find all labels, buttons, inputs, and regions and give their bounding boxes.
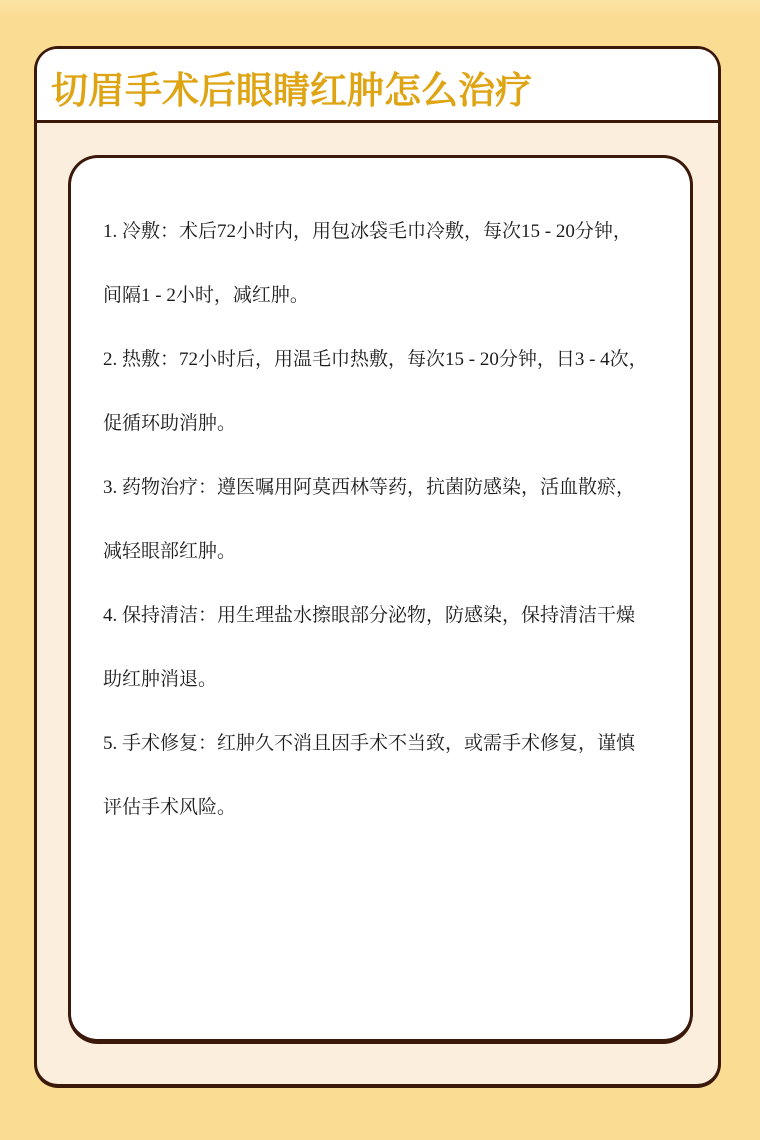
list-item: 1. 冷敷：术后72小时内，用包冰袋毛巾冷敷，每次15 - 20分钟，间隔1 -… (103, 200, 650, 328)
list-item: 3. 药物治疗：遵医嘱用阿莫西林等药，抗菌防感染，活血散瘀，减轻眼部红肿。 (103, 456, 650, 584)
page-title: 切眉手术后眼睛红肿怎么治疗 (37, 49, 718, 110)
list-item: 2. 热敷：72小时后，用温毛巾热敷，每次15 - 20分钟，日3 - 4次，促… (103, 328, 650, 456)
inner-text-card: 1. 冷敷：术后72小时内，用包冰袋毛巾冷敷，每次15 - 20分钟，间隔1 -… (68, 155, 693, 1044)
poster-background: { "header": { "title": "切眉手术后眼睛红肿怎么治疗" }… (0, 0, 760, 1140)
card-header: 切眉手术后眼睛红肿怎么治疗 (37, 49, 718, 123)
list-item: 4. 保持清洁：用生理盐水擦眼部分泌物，防感染，保持清洁干燥助红肿消退。 (103, 584, 650, 712)
list-item: 5. 手术修复：红肿久不消且因手术不当致，或需手术修复，谨慎评估手术风险。 (103, 712, 650, 840)
content-card: 切眉手术后眼睛红肿怎么治疗 1. 冷敷：术后72小时内，用包冰袋毛巾冷敷，每次1… (34, 46, 721, 1088)
treatment-list: 1. 冷敷：术后72小时内，用包冰袋毛巾冷敷，每次15 - 20分钟，间隔1 -… (71, 158, 690, 840)
